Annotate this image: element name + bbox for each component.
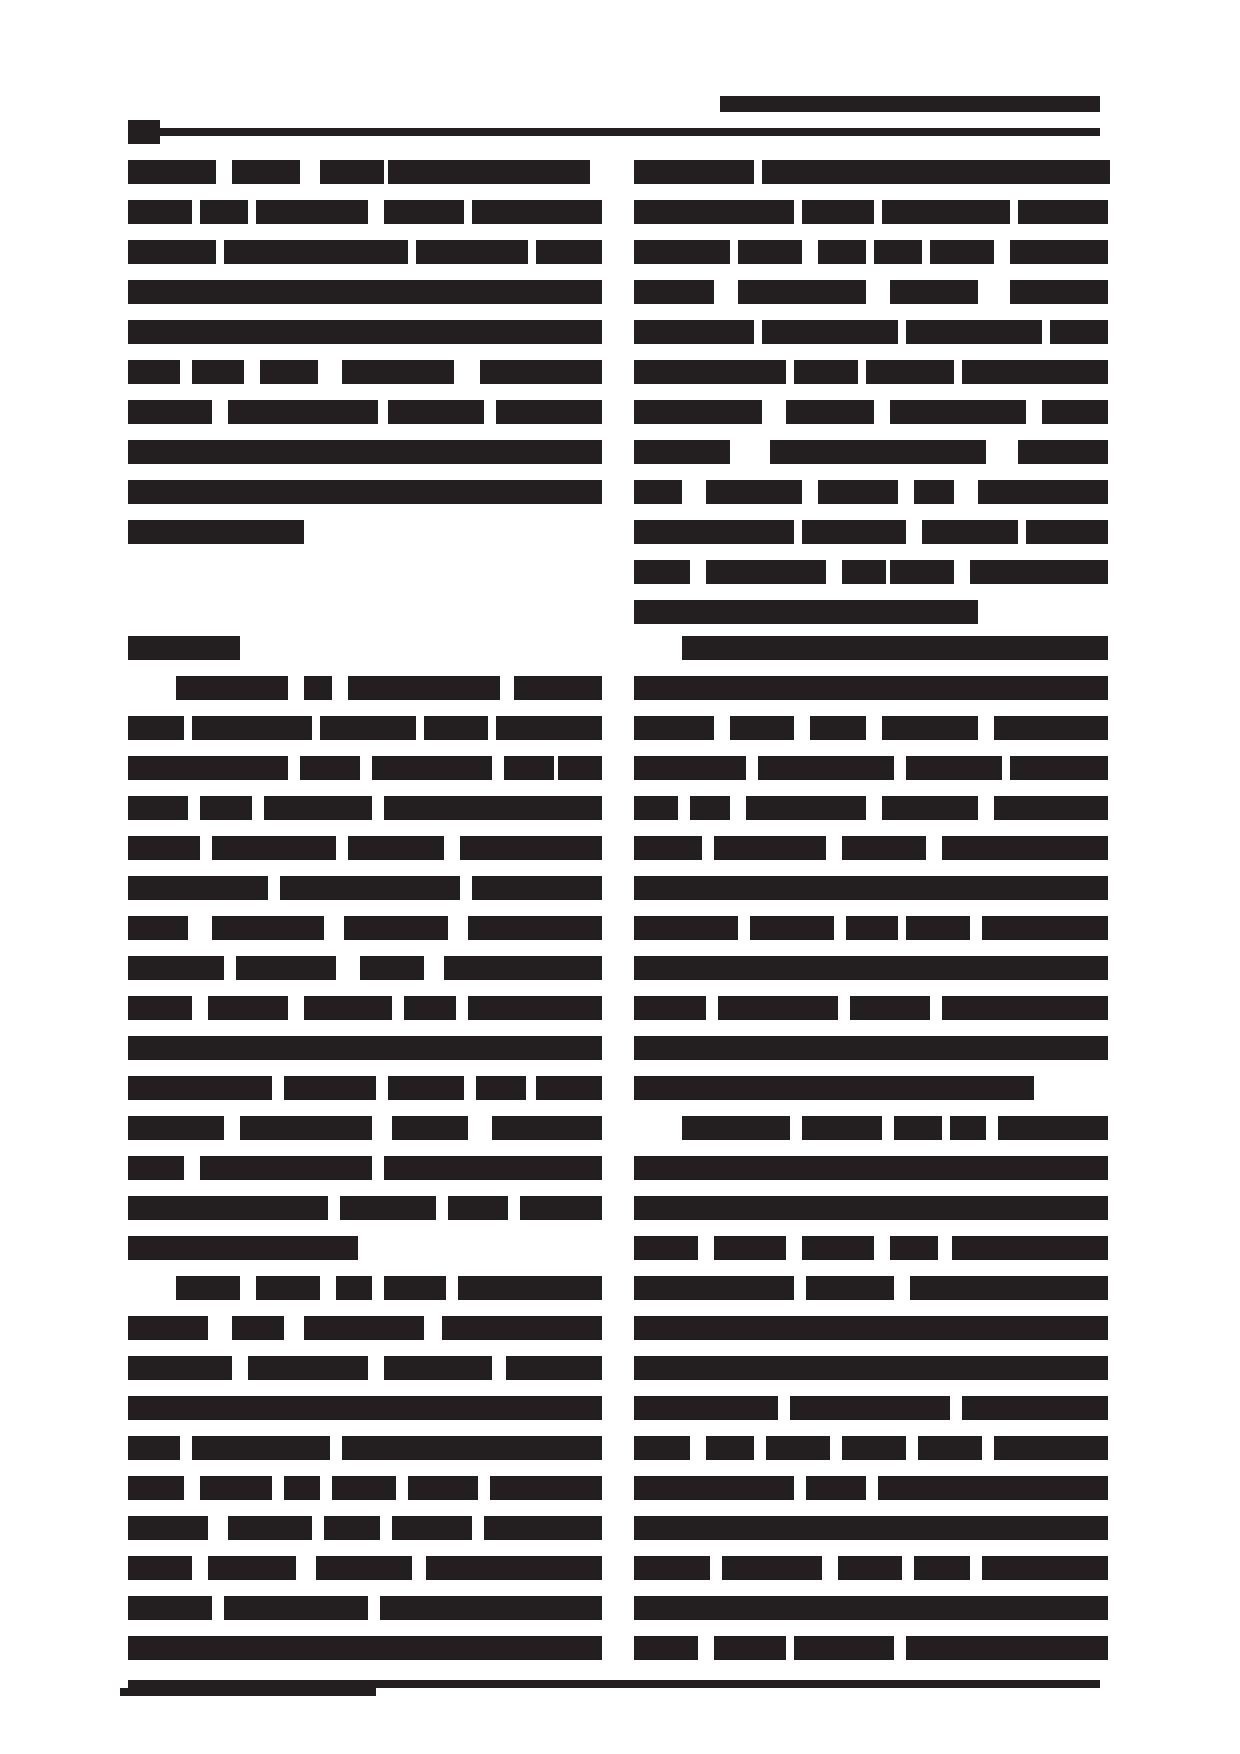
text-line xyxy=(634,1356,1108,1380)
text-line xyxy=(128,876,602,900)
redacted-word xyxy=(634,400,762,424)
redacted-word xyxy=(128,1516,208,1540)
redacted-word xyxy=(260,360,318,384)
redacted-word xyxy=(128,756,288,780)
redacted-word xyxy=(128,956,224,980)
redacted-word xyxy=(634,240,730,264)
redacted-word xyxy=(514,676,602,700)
redacted-word xyxy=(280,876,460,900)
redacted-word xyxy=(634,1556,710,1580)
redacted-word xyxy=(200,1156,372,1180)
text-line xyxy=(634,560,1108,584)
redacted-word xyxy=(706,1436,754,1460)
redacted-word xyxy=(128,876,268,900)
redacted-word xyxy=(506,1356,602,1380)
redacted-word xyxy=(224,1596,368,1620)
redacted-word xyxy=(176,676,288,700)
text-line xyxy=(128,400,602,424)
redacted-word xyxy=(790,1396,950,1420)
redacted-word xyxy=(714,836,826,860)
text-line xyxy=(634,756,1108,780)
text-line xyxy=(128,1356,602,1380)
redacted-word xyxy=(348,836,444,860)
redacted-word xyxy=(128,160,216,184)
text-line xyxy=(634,1636,1108,1660)
redacted-word xyxy=(572,956,602,980)
redacted-word xyxy=(192,360,244,384)
redacted-word xyxy=(128,320,602,344)
text-line xyxy=(634,1276,1108,1300)
redacted-word xyxy=(212,916,324,940)
redacted-word xyxy=(810,716,866,740)
text-line xyxy=(128,1316,602,1340)
header-rule xyxy=(128,128,1100,136)
text-line xyxy=(128,240,602,264)
redacted-word xyxy=(128,400,212,424)
redacted-word xyxy=(320,160,384,184)
text-line xyxy=(634,796,1108,820)
redacted-word xyxy=(634,1076,1034,1100)
redacted-word xyxy=(634,600,978,624)
redacted-word xyxy=(762,320,898,344)
text-line xyxy=(634,600,1108,624)
redacted-word xyxy=(1010,280,1108,304)
redacted-word xyxy=(496,716,602,740)
redacted-word xyxy=(634,280,714,304)
redacted-word xyxy=(484,1516,602,1540)
redacted-word xyxy=(730,716,794,740)
redacted-word xyxy=(128,916,188,940)
text-line xyxy=(634,1036,1108,1060)
redacted-word xyxy=(922,520,1018,544)
text-line xyxy=(128,1236,602,1260)
redacted-word xyxy=(942,996,1108,1020)
redacted-word xyxy=(634,200,794,224)
footer-text xyxy=(120,1688,376,1696)
text-line xyxy=(128,1156,602,1180)
redacted-word xyxy=(634,876,1108,900)
redacted-word xyxy=(906,1636,1108,1660)
redacted-word xyxy=(340,1196,436,1220)
redacted-word xyxy=(794,1636,894,1660)
text-line xyxy=(128,1516,602,1540)
redacted-word xyxy=(384,200,464,224)
redacted-word xyxy=(806,1276,894,1300)
redacted-word xyxy=(128,1356,232,1380)
redacted-word xyxy=(890,560,954,584)
text-line xyxy=(128,1476,602,1500)
redacted-word xyxy=(460,836,602,860)
redacted-word xyxy=(906,320,1042,344)
redacted-word xyxy=(994,796,1108,820)
page-number xyxy=(128,120,160,144)
redacted-word xyxy=(846,916,898,940)
redacted-word xyxy=(634,1436,690,1460)
footer-rule xyxy=(128,1680,1100,1688)
text-line xyxy=(128,1116,602,1140)
text-line xyxy=(634,240,1108,264)
redacted-word xyxy=(176,1276,240,1300)
redacted-word xyxy=(128,1556,192,1580)
redacted-word xyxy=(472,876,602,900)
redacted-word xyxy=(890,280,978,304)
redacted-word xyxy=(344,916,448,940)
redacted-word xyxy=(682,636,1108,660)
redacted-word xyxy=(392,1116,468,1140)
redacted-word xyxy=(914,480,954,504)
redacted-word xyxy=(770,440,986,464)
redacted-word xyxy=(634,716,714,740)
redacted-word xyxy=(634,520,794,544)
text-line xyxy=(128,320,602,344)
redacted-word xyxy=(634,1516,1108,1540)
redacted-word xyxy=(128,716,184,740)
redacted-word xyxy=(284,1476,320,1500)
redacted-word xyxy=(634,1196,1108,1220)
text-line xyxy=(634,636,1108,660)
text-line xyxy=(634,1396,1108,1420)
text-line xyxy=(128,1196,602,1220)
redacted-word xyxy=(392,1516,472,1540)
text-line xyxy=(128,836,602,860)
redacted-word xyxy=(970,560,1108,584)
redacted-word xyxy=(906,756,1002,780)
redacted-word xyxy=(232,160,300,184)
text-line xyxy=(634,1236,1108,1260)
redacted-word xyxy=(1026,520,1108,544)
redacted-word xyxy=(914,1556,970,1580)
text-line xyxy=(128,1556,602,1580)
redacted-word xyxy=(304,1316,424,1340)
redacted-word xyxy=(372,756,492,780)
redacted-word xyxy=(982,1556,1108,1580)
redacted-word xyxy=(256,200,368,224)
redacted-word xyxy=(224,240,408,264)
text-line xyxy=(634,1476,1108,1500)
redacted-word xyxy=(128,1636,602,1660)
text-line xyxy=(128,360,602,384)
redacted-word xyxy=(838,1556,902,1580)
redacted-word xyxy=(494,160,590,184)
redacted-word xyxy=(426,1556,602,1580)
redacted-word xyxy=(714,1636,786,1660)
redacted-word xyxy=(714,1236,786,1260)
redacted-word xyxy=(228,400,378,424)
redacted-word xyxy=(962,1396,1108,1420)
redacted-word xyxy=(1042,400,1108,424)
text-line xyxy=(634,440,1108,464)
redacted-word xyxy=(634,1316,1108,1340)
redacted-word xyxy=(634,480,682,504)
redacted-word xyxy=(128,200,192,224)
redacted-word xyxy=(794,360,858,384)
text-line xyxy=(128,280,602,304)
redacted-word xyxy=(634,956,1108,980)
redacted-word xyxy=(128,520,304,544)
redacted-word xyxy=(388,160,508,184)
text-line xyxy=(128,1276,602,1300)
text-line xyxy=(634,480,1108,504)
redacted-word xyxy=(228,1516,312,1540)
redacted-word xyxy=(706,480,802,504)
redacted-word xyxy=(300,756,360,780)
redacted-word xyxy=(342,1436,602,1460)
redacted-word xyxy=(738,280,866,304)
redacted-word xyxy=(998,1116,1108,1140)
redacted-word xyxy=(236,956,336,980)
redacted-word xyxy=(128,1116,224,1140)
redacted-word xyxy=(536,1076,602,1100)
redacted-word xyxy=(890,400,1026,424)
redacted-word xyxy=(994,716,1108,740)
redacted-word xyxy=(952,1236,1108,1260)
redacted-word xyxy=(882,796,978,820)
running-header-text xyxy=(720,96,1100,112)
redacted-word xyxy=(444,956,584,980)
redacted-word xyxy=(128,996,192,1020)
redacted-word xyxy=(634,1476,794,1500)
redacted-word xyxy=(388,1076,464,1100)
redacted-word xyxy=(320,716,416,740)
text-line xyxy=(634,1556,1108,1580)
redacted-word xyxy=(442,1316,602,1340)
redacted-word xyxy=(200,1476,272,1500)
redacted-word xyxy=(128,1036,602,1060)
redacted-word xyxy=(404,996,456,1020)
redacted-word xyxy=(634,560,690,584)
redacted-word xyxy=(850,996,930,1020)
redacted-word xyxy=(348,676,500,700)
redacted-word xyxy=(634,1156,1108,1180)
text-line xyxy=(128,996,602,1020)
text-line xyxy=(128,916,602,940)
redacted-word xyxy=(1050,320,1108,344)
redacted-word xyxy=(284,1076,376,1100)
section-heading xyxy=(128,636,240,660)
text-line xyxy=(634,1516,1108,1540)
redacted-word xyxy=(424,716,488,740)
redacted-word xyxy=(962,360,1108,384)
redacted-word xyxy=(336,1276,372,1300)
text-line xyxy=(128,1636,602,1660)
redacted-word xyxy=(128,1476,184,1500)
redacted-word xyxy=(128,1196,328,1220)
redacted-word xyxy=(634,796,678,820)
text-line xyxy=(634,1316,1108,1340)
redacted-word xyxy=(906,916,970,940)
redacted-word xyxy=(942,836,1108,860)
redacted-word xyxy=(448,1196,508,1220)
redacted-word xyxy=(384,1276,446,1300)
redacted-word xyxy=(384,1356,492,1380)
text-line xyxy=(634,1596,1108,1620)
redacted-word xyxy=(950,1116,986,1140)
redacted-word xyxy=(332,1476,396,1500)
text-line xyxy=(128,676,602,700)
redacted-word xyxy=(634,1276,794,1300)
redacted-word xyxy=(918,1436,982,1460)
redacted-word xyxy=(634,1356,1108,1380)
redacted-word xyxy=(818,240,866,264)
redacted-word xyxy=(468,916,602,940)
redacted-word xyxy=(706,560,826,584)
redacted-word xyxy=(802,1236,874,1260)
redacted-word xyxy=(802,1116,882,1140)
text-line xyxy=(634,200,1108,224)
redacted-word xyxy=(802,520,906,544)
text-line xyxy=(128,480,602,504)
redacted-word xyxy=(762,160,1110,184)
redacted-word xyxy=(842,560,886,584)
text-line xyxy=(128,440,602,464)
redacted-word xyxy=(128,1436,180,1460)
redacted-word xyxy=(458,1276,602,1300)
redacted-word xyxy=(866,360,954,384)
redacted-word xyxy=(1018,440,1108,464)
text-line xyxy=(128,756,602,780)
redacted-word xyxy=(200,200,248,224)
redacted-word xyxy=(910,1276,1108,1300)
text-line xyxy=(634,716,1108,740)
text-line xyxy=(128,160,602,184)
redacted-word xyxy=(994,1436,1108,1460)
redacted-word xyxy=(894,1116,942,1140)
redacted-word xyxy=(128,836,200,860)
redacted-word xyxy=(384,1156,602,1180)
redacted-word xyxy=(982,916,1108,940)
redacted-word xyxy=(802,200,874,224)
redacted-word xyxy=(766,1436,830,1460)
redacted-word xyxy=(128,796,188,820)
text-line xyxy=(634,1156,1108,1180)
text-line xyxy=(634,836,1108,860)
redacted-word xyxy=(786,400,874,424)
redacted-word xyxy=(212,836,336,860)
redacted-word xyxy=(558,756,602,780)
redacted-word xyxy=(634,836,702,860)
text-line xyxy=(634,956,1108,980)
redacted-word xyxy=(304,676,332,700)
redacted-word xyxy=(128,280,602,304)
redacted-word xyxy=(746,796,866,820)
redacted-word xyxy=(842,836,926,860)
redacted-word xyxy=(388,400,484,424)
redacted-word xyxy=(520,1196,602,1220)
redacted-word xyxy=(128,1076,272,1100)
redacted-word xyxy=(360,956,424,980)
redacted-word xyxy=(240,1116,372,1140)
redacted-word xyxy=(718,996,838,1020)
redacted-word xyxy=(416,240,528,264)
redacted-word xyxy=(232,1316,284,1340)
text-line xyxy=(128,520,602,544)
redacted-word xyxy=(192,716,312,740)
text-line xyxy=(634,996,1108,1020)
text-line xyxy=(634,160,1108,184)
redacted-word xyxy=(468,996,602,1020)
text-line xyxy=(634,916,1108,940)
redacted-word xyxy=(256,1276,320,1300)
redacted-word xyxy=(490,1476,602,1500)
redacted-word xyxy=(690,796,730,820)
text-line xyxy=(634,1116,1108,1140)
redacted-word xyxy=(634,160,754,184)
redacted-word xyxy=(248,1356,368,1380)
redacted-word xyxy=(324,1516,380,1540)
redacted-word xyxy=(806,1476,866,1500)
text-line xyxy=(634,400,1108,424)
redacted-word xyxy=(878,1476,1108,1500)
redacted-word xyxy=(634,1036,1108,1060)
redacted-word xyxy=(634,676,1108,700)
redacted-word xyxy=(634,916,738,940)
redacted-word xyxy=(882,716,978,740)
text-line xyxy=(128,1436,602,1460)
redacted-word xyxy=(192,1436,330,1460)
redacted-word xyxy=(128,440,602,464)
redacted-word xyxy=(634,1236,698,1260)
text-line xyxy=(128,1596,602,1620)
text-line xyxy=(128,1076,602,1100)
redacted-word xyxy=(476,1076,526,1100)
redacted-word xyxy=(408,1476,478,1500)
redacted-word xyxy=(634,440,730,464)
text-line xyxy=(634,520,1108,544)
redacted-word xyxy=(128,1236,358,1260)
redacted-word xyxy=(128,1396,602,1420)
text-line xyxy=(128,716,602,740)
redacted-word xyxy=(634,996,706,1020)
redacted-word xyxy=(480,360,602,384)
redacted-word xyxy=(682,1116,790,1140)
redacted-word xyxy=(634,1596,1108,1620)
redacted-word xyxy=(1010,756,1108,780)
text-line xyxy=(634,676,1108,700)
redacted-word xyxy=(200,796,252,820)
redacted-word xyxy=(384,796,602,820)
text-line xyxy=(128,200,602,224)
redacted-word xyxy=(882,200,1010,224)
redacted-word xyxy=(342,360,454,384)
redacted-word xyxy=(818,480,898,504)
text-line xyxy=(634,320,1108,344)
redacted-word xyxy=(978,480,1108,504)
redacted-word xyxy=(504,756,554,780)
text-line xyxy=(634,876,1108,900)
redacted-word xyxy=(128,360,180,384)
redacted-word xyxy=(208,1556,296,1580)
redacted-word xyxy=(492,1116,602,1140)
redacted-word xyxy=(634,756,746,780)
redacted-word xyxy=(264,796,372,820)
redacted-word xyxy=(842,1436,906,1460)
redacted-word xyxy=(634,320,754,344)
text-line xyxy=(634,360,1108,384)
redacted-word xyxy=(890,1236,938,1260)
redacted-word xyxy=(208,996,288,1020)
redacted-word xyxy=(738,240,802,264)
redacted-word xyxy=(1018,200,1108,224)
text-line xyxy=(634,1196,1108,1220)
redacted-word xyxy=(128,1156,184,1180)
redacted-word xyxy=(634,360,786,384)
redacted-word xyxy=(316,1556,412,1580)
redacted-word xyxy=(128,1596,212,1620)
redacted-word xyxy=(128,1316,208,1340)
redacted-word xyxy=(496,400,602,424)
redacted-word xyxy=(472,200,602,224)
redacted-word xyxy=(380,1596,602,1620)
